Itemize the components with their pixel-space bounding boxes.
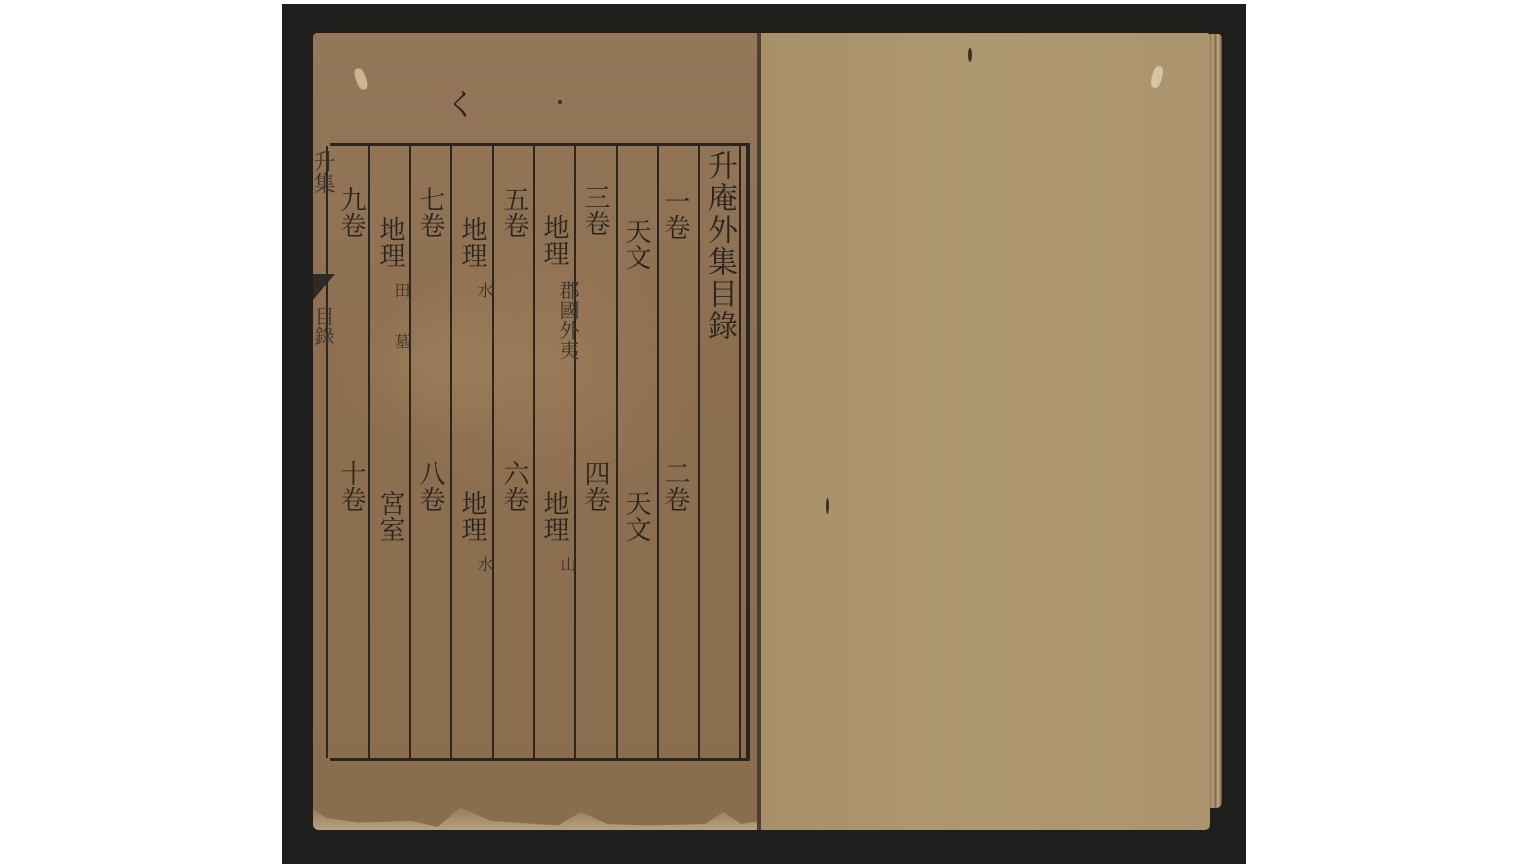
topic-label: 地理 xyxy=(541,214,567,266)
topic-label: 地理 xyxy=(459,490,485,542)
volume-label: 四卷 xyxy=(582,460,608,512)
column-rule xyxy=(616,146,618,758)
column-rule xyxy=(326,146,328,758)
volume-label: 十卷 xyxy=(338,460,364,512)
topic-note: 山 xyxy=(559,556,575,572)
paper-fleck xyxy=(558,100,562,104)
topic-label: 天文 xyxy=(623,218,649,270)
topic-label: 地理 xyxy=(459,216,485,268)
column-rule xyxy=(450,146,452,758)
topic-label: 天文 xyxy=(623,490,649,542)
topic-label: 地理 xyxy=(541,490,567,542)
volume-label: 五卷 xyxy=(501,186,527,238)
paper-fleck xyxy=(968,48,972,62)
topic-note: 水 xyxy=(476,556,492,572)
column-rule xyxy=(533,146,535,758)
spine-title: 升集 xyxy=(307,150,338,194)
right-page-blank xyxy=(761,33,1210,830)
volume-label: 八卷 xyxy=(417,460,443,512)
volume-label: 三卷 xyxy=(582,184,608,236)
margin-annotation: く xyxy=(446,80,476,124)
spine-section: 目錄 xyxy=(309,306,338,346)
volume-label: 六卷 xyxy=(501,460,527,512)
volume-label: 二卷 xyxy=(662,460,688,512)
volume-label: 一卷 xyxy=(662,188,688,240)
column-rule xyxy=(657,146,659,758)
fishtail-mark xyxy=(313,274,335,300)
topic-note: 郡國外夷 xyxy=(558,280,578,360)
volume-label: 九卷 xyxy=(338,186,364,238)
torn-bottom-edge xyxy=(313,800,759,830)
topic-note: 水 xyxy=(476,282,492,298)
page-edges xyxy=(1210,34,1222,808)
column-rule xyxy=(492,146,494,758)
column-rule xyxy=(368,146,370,758)
volume-label: 七卷 xyxy=(417,186,443,238)
column-rule xyxy=(409,146,411,758)
column-rule xyxy=(574,146,576,758)
topic-note: 田 墓 xyxy=(393,282,409,349)
topic-label: 宮室 xyxy=(377,490,403,542)
page-title: 升庵外集目錄 xyxy=(701,150,741,342)
topic-label: 地理 xyxy=(377,216,403,268)
paper-fleck xyxy=(826,498,829,514)
